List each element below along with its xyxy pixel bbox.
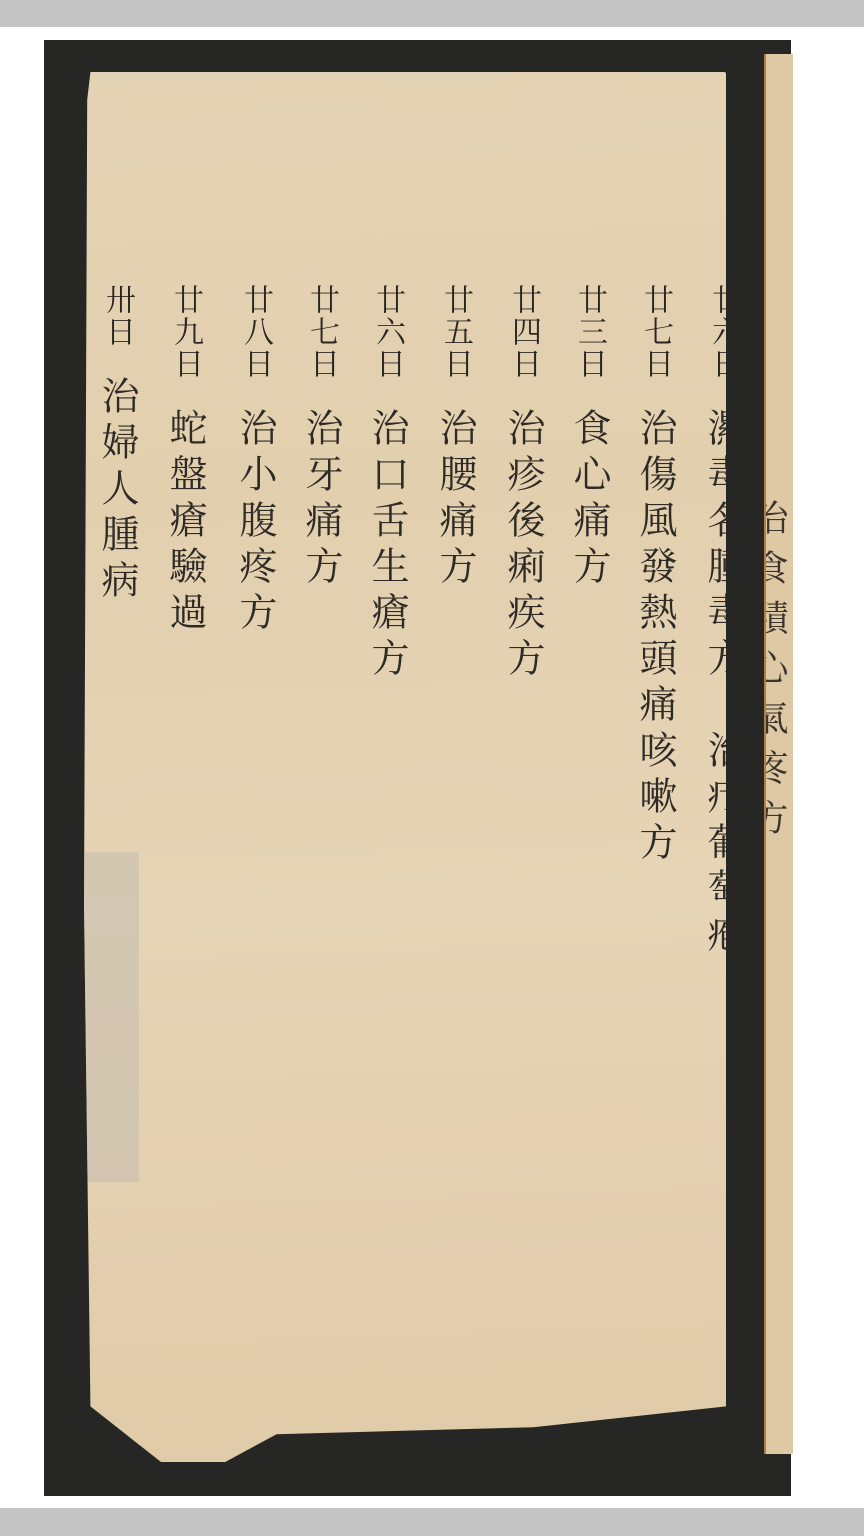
viewer-top-bar: [0, 0, 864, 27]
paper-repair-patch: [84, 852, 139, 1182]
entry-column-1: 廿六日濕毒名腫毒方 治疔葡萄疱: [704, 284, 742, 960]
entry-date: 廿九日: [170, 284, 200, 380]
entry-column-3: 廿三日食心痛方: [570, 284, 608, 592]
entry-column-10: 卅日治婦人腫病: [98, 284, 136, 606]
entry-column-7: 廿七日治牙痛方: [302, 284, 340, 592]
entry-column-5: 廿五日治腰痛方: [436, 284, 474, 592]
facing-page-edge: 治食積心氣疼方: [764, 54, 793, 1454]
manuscript-scan: 廿六日濕毒名腫毒方 治疔葡萄疱 廿七日治傷風發熱頭痛咳嗽方 廿三日食心痛方 廿四…: [44, 40, 791, 1496]
entry-column-8: 廿八日治小腹疼方: [236, 284, 274, 638]
entry-date: 廿七日: [306, 284, 336, 380]
entry-date: 廿八日: [240, 284, 270, 380]
entry-column-9: 廿九日蛇盤瘡驗過: [166, 284, 204, 638]
entry-date: 廿四日: [508, 284, 538, 380]
entry-text: 治傷風發熱頭痛咳嗽方: [636, 408, 674, 868]
entry-date: 廿六日: [372, 284, 402, 380]
facing-page-text: 治食積心氣疼方: [766, 499, 793, 849]
entry-text: 濕毒名腫毒方 治疔葡萄疱: [704, 408, 742, 960]
entry-column-2: 廿七日治傷風發熱頭痛咳嗽方: [636, 284, 674, 868]
entry-column-4: 廿四日治疹後痢疾方: [504, 284, 542, 684]
entry-text: 食心痛方: [570, 408, 608, 592]
entry-text: 治小腹疼方: [236, 408, 274, 638]
entry-text: 治牙痛方: [302, 408, 340, 592]
entry-text: 蛇盤瘡驗過: [166, 408, 204, 638]
entry-date: 廿六日: [708, 284, 738, 380]
viewer-bottom-bar: [0, 1508, 864, 1536]
manuscript-page: 廿六日濕毒名腫毒方 治疔葡萄疱 廿七日治傷風發熱頭痛咳嗽方 廿三日食心痛方 廿四…: [84, 72, 726, 1462]
entry-text: 治疹後痢疾方: [504, 408, 542, 684]
entry-date: 廿三日: [574, 284, 604, 380]
entry-text: 治腰痛方: [436, 408, 474, 592]
entry-text: 治婦人腫病: [98, 376, 136, 606]
entry-date: 廿五日: [440, 284, 470, 380]
entry-text: 治口舌生瘡方: [368, 408, 406, 684]
entry-column-6: 廿六日治口舌生瘡方: [368, 284, 406, 684]
entry-date: 廿七日: [640, 284, 670, 380]
entry-date: 卅日: [102, 284, 132, 348]
